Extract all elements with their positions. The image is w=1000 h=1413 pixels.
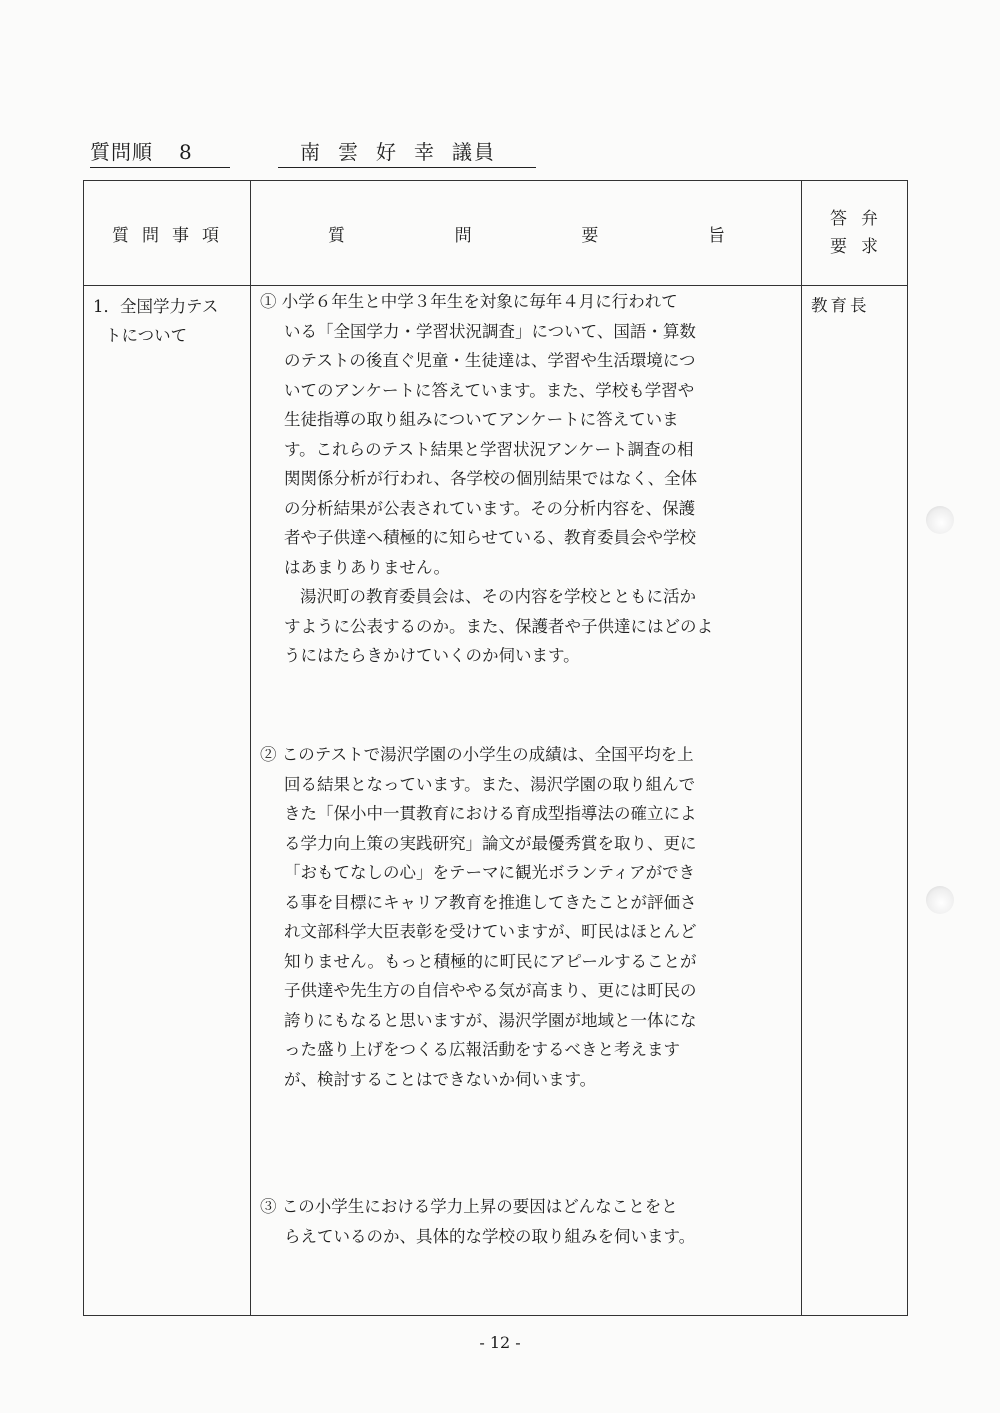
column-divider <box>250 181 251 1315</box>
column-header-summary: 質 問 要 旨 <box>250 181 801 285</box>
item-line: が、検討することはできないか伺います。 <box>260 1065 800 1095</box>
member-title: 議員 <box>452 140 496 164</box>
item-line: はあまりありません。 <box>260 553 800 583</box>
punch-hole-icon <box>926 506 954 534</box>
summary-char: 問 <box>455 221 472 246</box>
answer-requestee: 教育長 <box>811 292 870 316</box>
question-item-3: ③ この小学生における学力上昇の要因はどんなことをと らえているのか、具体的な学… <box>260 1192 800 1251</box>
question-item-2: ② このテストで湯沢学園の小学生の成績は、全国平均を上 回る結果となっています。… <box>260 740 800 1094</box>
item-line: れ文部科学大臣表彰を受けていますが、町民はほとんど <box>260 917 800 947</box>
item-line: ① 小学６年生と中学３年生を対象に毎年４月に行われて <box>260 287 800 317</box>
column-header-answer-request: 答弁 要求 <box>801 181 907 285</box>
subject-line: トについて <box>93 321 243 350</box>
summary-char: 要 <box>581 221 598 246</box>
punch-hole-icon <box>926 886 954 914</box>
order-number: 8 <box>179 140 193 164</box>
member-header: 南雲好幸議員 <box>278 136 536 168</box>
answer-header-line1: 答弁 <box>830 205 892 233</box>
item-line: す。これらのテスト結果と学習状況アンケート調査の相 <box>260 435 800 465</box>
item-line: きた「保小中一貫教育における育成型指導法の確立によ <box>260 799 800 829</box>
item-line: すように公表するのか。また、保護者や子供達にはどのよ <box>260 612 800 642</box>
item-line: る学力向上策の実践研究」論文が最優秀賞を取り、更に <box>260 829 800 859</box>
item-line: る事を目標にキャリア教育を推進してきたことが評価さ <box>260 888 800 918</box>
item-line: 子供達や先生方の自信ややる気が高まり、更には町民の <box>260 976 800 1006</box>
item-line: うにはたらきかけていくのか伺います。 <box>260 641 800 671</box>
item-line: 者や子供達へ積極的に知らせている、教育委員会や学校 <box>260 523 800 553</box>
item-line: いる「全国学力・学習状況調査」について、国語・算数 <box>260 317 800 347</box>
column-divider <box>801 181 802 1315</box>
header-divider <box>84 285 907 286</box>
item-line: った盛り上げをつくる広報活動をするべきと考えます <box>260 1035 800 1065</box>
item-line: いてのアンケートに答えています。また、学校も学習や <box>260 376 800 406</box>
item-line: 関関係分析が行われ、各学校の個別結果ではなく、全体 <box>260 464 800 494</box>
summary-char: 旨 <box>708 221 725 246</box>
order-label: 質問順 <box>90 140 153 164</box>
summary-char: 質 <box>328 221 345 246</box>
item-line: 「おもてなしの心」をテーマに観光ボランティアができ <box>260 858 800 888</box>
item-line: のテストの後直ぐ児童・生徒達は、学習や生活環境につ <box>260 346 800 376</box>
column-header-subject: 質問事項 <box>84 181 250 285</box>
item-line: 生徒指導の取り組みについてアンケートに答えていま <box>260 405 800 435</box>
item-line: らえているのか、具体的な学校の取り組みを伺います。 <box>260 1222 800 1252</box>
item-line: 知りません。もっと積極的に町民にアピールすることが <box>260 947 800 977</box>
item-line: の分析結果が公表されています。その分析内容を、保護 <box>260 494 800 524</box>
item-line: ③ この小学生における学力上昇の要因はどんなことをと <box>260 1192 800 1222</box>
question-subject: 1．全国学力テス トについて <box>93 292 243 350</box>
item-line: 誇りにもなると思いますが、湯沢学園が地域と一体にな <box>260 1006 800 1036</box>
item-line: ② このテストで湯沢学園の小学生の成績は、全国平均を上 <box>260 740 800 770</box>
member-name: 南雲好幸 <box>300 140 452 164</box>
item-line: 回る結果となっています。また、湯沢学園の取り組んで <box>260 770 800 800</box>
item-line: 湯沢町の教育委員会は、その内容を学校とともに活か <box>260 582 800 612</box>
question-table: 質問事項 質 問 要 旨 答弁 要求 1．全国学力テス トについて 教育長 ① … <box>83 180 908 1316</box>
subject-line: 1．全国学力テス <box>93 292 243 321</box>
question-item-1: ① 小学６年生と中学３年生を対象に毎年４月に行われて いる「全国学力・学習状況調… <box>260 287 800 671</box>
page-number: - 12 - <box>0 1333 1000 1352</box>
question-order-header: 質問順8 <box>90 136 230 168</box>
answer-header-line2: 要求 <box>830 233 892 261</box>
